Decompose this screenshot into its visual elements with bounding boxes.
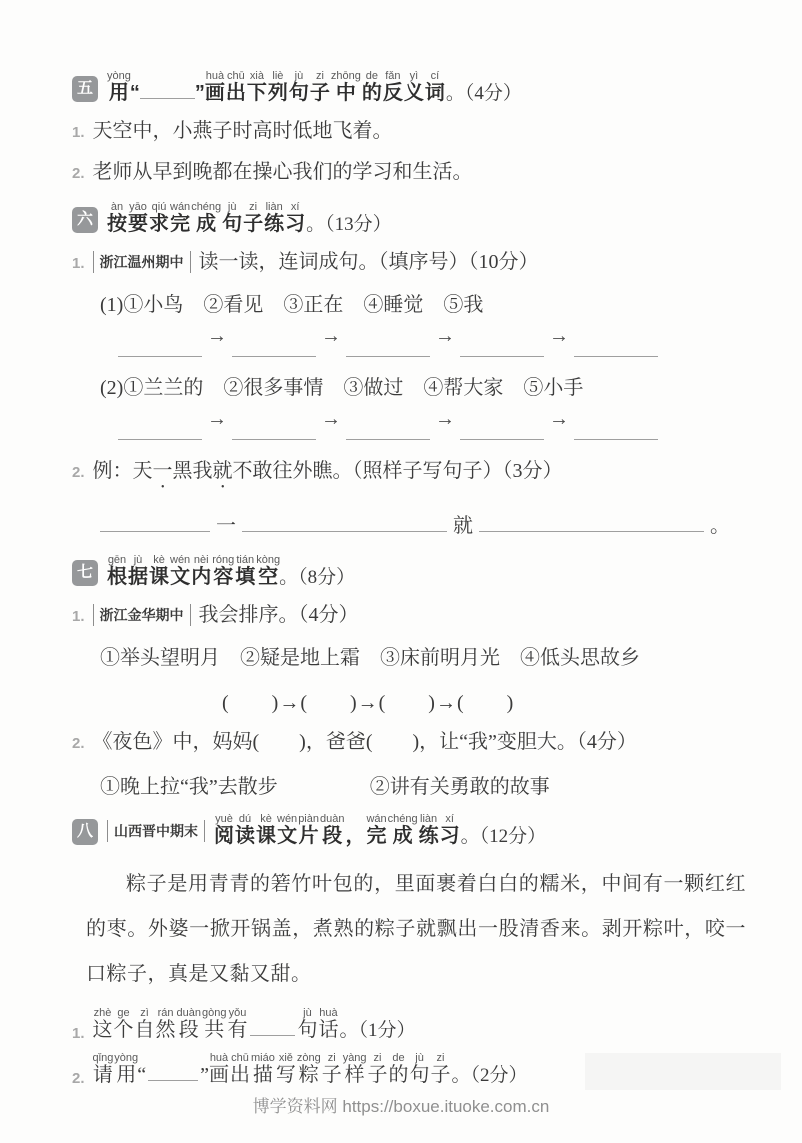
right-arrow-icon: → bbox=[321, 408, 341, 431]
example-text: 例：天 bbox=[93, 460, 153, 482]
item-number: 2. bbox=[72, 735, 85, 752]
footer-watermark[interactable]: 博学资料网 https://boxue.ituoke.com.cn bbox=[0, 1092, 802, 1117]
section-seven: 七 根gēn据jù课kè文wén内nèi容róng填tián空kòng。（8分）… bbox=[72, 554, 747, 799]
quote-open: “ bbox=[130, 82, 140, 104]
question-row: 2. 《夜色》中，妈妈( )，爸爸( )，让“我”变胆大。（4分） bbox=[72, 727, 747, 757]
question-text: 我会排序。（4分） bbox=[199, 600, 359, 630]
answer-blank[interactable] bbox=[250, 1014, 295, 1036]
section-five: 五 用yòng“”画huà出chū下xià列liè句jù子zi中zhōng的de… bbox=[72, 70, 747, 187]
section-five-header: 五 用yòng“”画huà出chū下xià列liè句jù子zi中zhōng的de… bbox=[72, 70, 747, 105]
answer-blank[interactable] bbox=[574, 335, 658, 357]
choice-option: ②讲有关勇敢的故事 bbox=[370, 770, 550, 799]
item-number: 1. bbox=[72, 124, 85, 141]
right-arrow-icon: → bbox=[549, 325, 569, 348]
section-seven-title: 根gēn据jù课kè文wén内nèi容róng填tián空kòng。（8分） bbox=[107, 554, 355, 589]
question-ruby: 句jù话huà bbox=[297, 1019, 339, 1041]
reading-passage: 粽子是用青青的箬竹叶包的，里面裹着白白的糯米，中间有一颗红红的枣。外婆一掀开锅盖… bbox=[86, 862, 746, 997]
scan-artifact-box bbox=[585, 1053, 781, 1090]
quote-close: ” bbox=[195, 82, 205, 104]
answer-blank[interactable] bbox=[140, 77, 195, 99]
title-ruby-sentence-practice: 按àn要yāo求qiú完wán成chéng句jù子zi练liàn习xí bbox=[107, 213, 306, 235]
right-arrow-icon: → bbox=[207, 408, 227, 431]
connector-char: 一 bbox=[216, 509, 236, 538]
score-label: 。（13分） bbox=[306, 214, 392, 235]
question-ruby: 这zhè个ge自zì然rán段duàn共gòng有yǒu bbox=[93, 1019, 249, 1041]
title-ruby-find-antonyms: 画huà出chū下xià列liè句jù子zi中zhōng的de反fǎn义yì词c… bbox=[205, 82, 446, 104]
quote-open: “ bbox=[137, 1064, 146, 1086]
question-row: 2. 例：天一黑我就不敢往外瞧。（照样子写句子）（3分） bbox=[72, 456, 747, 493]
item-number: 2. bbox=[72, 464, 85, 481]
answer-blank[interactable] bbox=[242, 510, 447, 532]
exam-source-tag: 浙江金华期中 bbox=[93, 604, 191, 626]
answer-blank[interactable] bbox=[346, 418, 430, 440]
word-options: ①小鸟 ②看见 ③正在 ④睡觉 ⑤我 bbox=[123, 294, 483, 316]
answer-blank[interactable] bbox=[100, 510, 210, 532]
answer-blank[interactable] bbox=[118, 418, 202, 440]
right-arrow-icon: → bbox=[549, 408, 569, 431]
sentence-text: 老师从早到晚都在操心我们的学习和生活。 bbox=[93, 157, 473, 187]
exam-source-tag: 浙江温州期中 bbox=[93, 251, 191, 273]
choice-option: ①晚上拉“我”去散步 bbox=[100, 770, 278, 799]
question-ruby: 画huà出chū描miáo写xiě粽zòng子zi样yàng子zi的de句jù子… bbox=[209, 1064, 452, 1086]
score-label: 。（4分） bbox=[446, 83, 522, 104]
answer-blank[interactable] bbox=[346, 335, 430, 357]
item-number: 1. bbox=[72, 1025, 85, 1042]
answer-blank[interactable] bbox=[232, 335, 316, 357]
question-row: 1. 浙江金华期中 我会排序。（4分） bbox=[72, 600, 747, 630]
section-seven-badge: 七 bbox=[72, 560, 98, 586]
example-text: 不敢往外瞧。（照样子写句子）（3分） bbox=[233, 460, 563, 482]
right-arrow-icon: → bbox=[207, 325, 227, 348]
section-five-badge: 五 bbox=[72, 76, 98, 102]
reading-question: 1. 这zhè个ge自zì然rán段duàn共gòng有yǒu句jù话huà。（… bbox=[72, 1007, 747, 1042]
ordering-parens-row[interactable]: ( )→( )→( )→( ) bbox=[222, 686, 747, 715]
item-number: 1. bbox=[72, 608, 85, 625]
group-label: (1) bbox=[100, 294, 123, 316]
poem-lines-options: ①举头望明月 ②疑是地上霜 ③床前明月光 ④低头思故乡 bbox=[100, 643, 747, 673]
connector-char: 就 bbox=[453, 509, 473, 538]
answer-sequence-row: →→→→ bbox=[118, 334, 747, 357]
word-options-row: (1)①小鸟 ②看见 ③正在 ④睡觉 ⑤我 bbox=[100, 290, 747, 320]
sentence-item: 1. 天空中，小燕子时高时低地飞着。 bbox=[72, 116, 747, 146]
score-label: 。（1分） bbox=[339, 1020, 415, 1041]
section-six-badge: 六 bbox=[72, 207, 98, 233]
item-number: 2. bbox=[72, 165, 85, 182]
choice-options-row: ①晚上拉“我”去散步 ②讲有关勇敢的故事 bbox=[100, 770, 747, 799]
example-sentence: 例：天一黑我就不敢往外瞧。（照样子写句子）（3分） bbox=[93, 456, 563, 493]
quote-close: ” bbox=[200, 1064, 209, 1086]
right-arrow-icon: → bbox=[435, 325, 455, 348]
section-eight-title: 阅yuè读dú课kè文wén片piàn段duàn，完wán成chéng练liàn… bbox=[214, 813, 546, 848]
score-label: 。（2分） bbox=[452, 1065, 528, 1086]
question-text: 读一读，连词成句。（填序号）（10分） bbox=[199, 247, 539, 277]
title-ruby-use: 用yòng bbox=[107, 82, 130, 104]
word-options: ①兰兰的 ②很多事情 ③做过 ④帮大家 ⑤小手 bbox=[123, 377, 583, 399]
emphasized-char: 就 bbox=[213, 460, 233, 482]
section-eight: 八 山西晋中期末 阅yuè读dú课kè文wén片piàn段duàn，完wán成c… bbox=[72, 813, 747, 1087]
right-arrow-icon: → bbox=[435, 408, 455, 431]
answer-sequence-row: →→→→ bbox=[118, 417, 747, 440]
item-number: 1. bbox=[72, 255, 85, 272]
example-text: 黑我 bbox=[173, 460, 213, 482]
score-label: 。（12分） bbox=[461, 826, 547, 847]
sentence-text: 天空中，小燕子时高时低地飞着。 bbox=[93, 116, 393, 146]
title-ruby-fill-blanks: 根gēn据jù课kè文wén内nèi容róng填tián空kòng bbox=[107, 566, 279, 588]
period-char: 。 bbox=[710, 509, 730, 538]
question-with-blank: 这zhè个ge自zì然rán段duàn共gòng有yǒu句jù话huà。（1分） bbox=[93, 1007, 416, 1042]
answer-blank[interactable] bbox=[118, 335, 202, 357]
answer-blank[interactable] bbox=[460, 418, 544, 440]
answer-blank[interactable] bbox=[148, 1059, 198, 1081]
section-six-header: 六 按àn要yāo求qiú完wán成chéng句jù子zi练liàn习xí。（1… bbox=[72, 201, 747, 236]
answer-blank[interactable] bbox=[574, 418, 658, 440]
question-ruby: 请qǐng用yòng bbox=[93, 1064, 138, 1086]
emphasized-char: 一 bbox=[153, 460, 173, 482]
word-options-row: (2)①兰兰的 ②很多事情 ③做过 ④帮大家 ⑤小手 bbox=[100, 373, 747, 403]
question-row: 1. 浙江温州期中 读一读，连词成句。（填序号）（10分） bbox=[72, 247, 747, 277]
section-five-title: 用yòng“”画huà出chū下xià列liè句jù子zi中zhōng的de反f… bbox=[107, 70, 522, 105]
section-six-title: 按àn要yāo求qiú完wán成chéng句jù子zi练liàn习xí。（13分… bbox=[107, 201, 392, 236]
answer-blank[interactable] bbox=[479, 510, 704, 532]
right-arrow-icon: → bbox=[321, 325, 341, 348]
item-number: 2. bbox=[72, 1070, 85, 1087]
group-label: (2) bbox=[100, 377, 123, 399]
answer-blank[interactable] bbox=[460, 335, 544, 357]
section-eight-header: 八 山西晋中期末 阅yuè读dú课kè文wén片piàn段duàn，完wán成c… bbox=[72, 813, 747, 848]
question-with-blank: 请qǐng用yòng“”画huà出chū描miáo写xiě粽zòng子zi样yà… bbox=[93, 1052, 528, 1087]
section-eight-badge: 八 bbox=[72, 819, 98, 845]
title-ruby-reading: 阅yuè读dú课kè文wén片piàn段duàn，完wán成chéng练liàn… bbox=[214, 825, 461, 847]
fill-in-sentence-row: 一就。 bbox=[100, 509, 747, 538]
sentence-item: 2. 老师从早到晚都在操心我们的学习和生活。 bbox=[72, 157, 747, 187]
answer-blank[interactable] bbox=[232, 418, 316, 440]
exam-source-tag: 山西晋中期末 bbox=[107, 820, 205, 842]
question-text: 《夜色》中，妈妈( )，爸爸( )，让“我”变胆大。（4分） bbox=[93, 727, 637, 757]
worksheet-page: 五 用yòng“”画huà出chū下xià列liè句jù子zi中zhōng的de… bbox=[0, 0, 802, 1143]
section-seven-header: 七 根gēn据jù课kè文wén内nèi容róng填tián空kòng。（8分） bbox=[72, 554, 747, 589]
score-label: 。（8分） bbox=[279, 567, 355, 588]
section-six: 六 按àn要yāo求qiú完wán成chéng句jù子zi练liàn习xí。（1… bbox=[72, 201, 747, 538]
